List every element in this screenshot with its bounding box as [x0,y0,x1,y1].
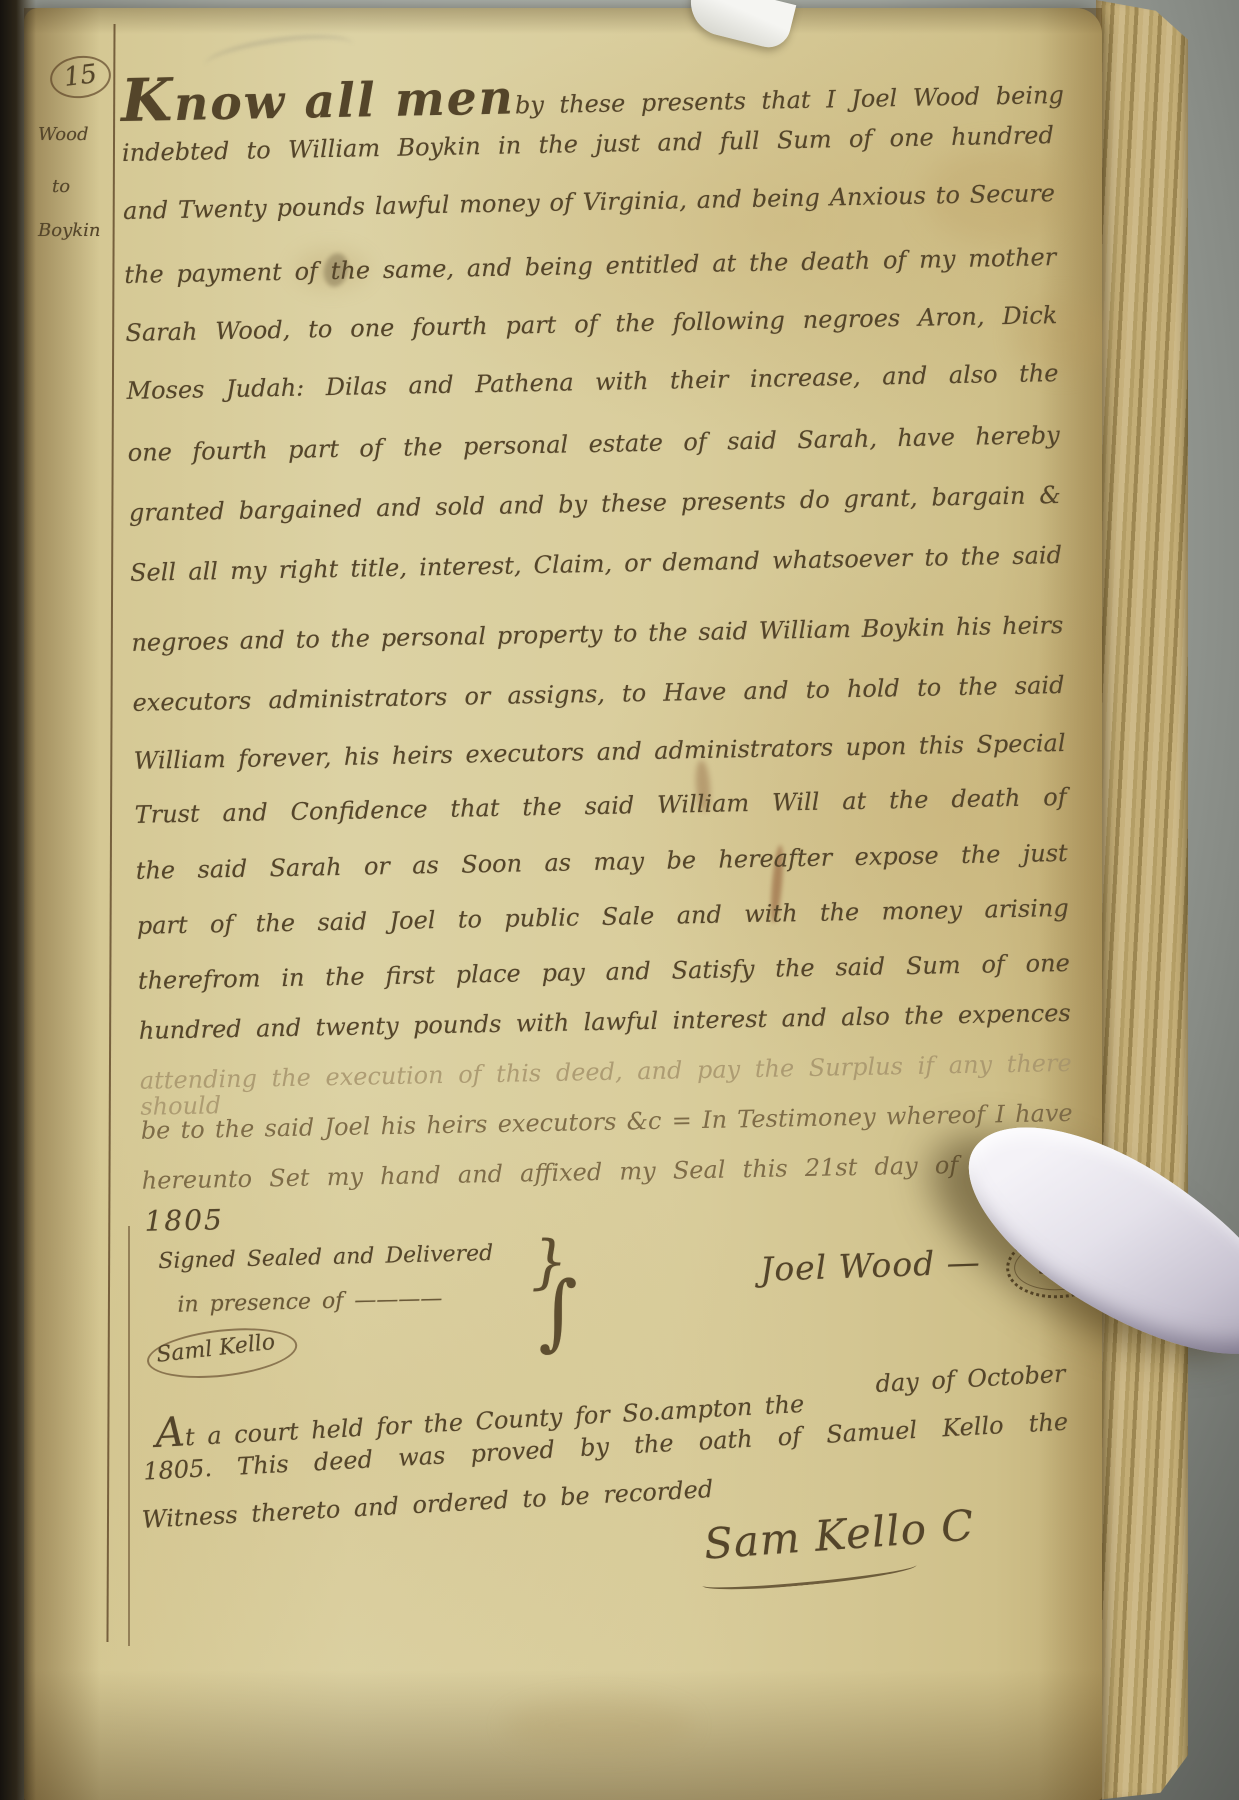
grantor-signature: Joel Wood — [759,1242,981,1289]
deed-line: the said Sarah or as Soon as may be here… [136,840,1068,884]
clerk-signature: Sam Kello C [702,1501,976,1569]
deed-line: granted bargained and sold and by these … [129,482,1061,526]
deed-line-faded: hereunto Set my hand and affixed my Seal… [142,1150,1074,1194]
page-number: 15 [48,52,114,101]
deed-line: therefrom in the first place pay and Sat… [138,950,1070,994]
opening-phrase: Know all men [120,58,515,135]
deed-page: 15 Wood to Boykin Know all men by these … [24,8,1102,1800]
court-record-block: At a court held for the County for So.am… [136,1359,1069,1410]
top-shading [24,8,1102,34]
margin-rule-line-2 [128,1226,130,1646]
deed-line: part of the said Joel to public Sale and… [137,895,1069,939]
deed-line: negroes and to the personal property to … [131,612,1063,656]
margin-note-line: Wood [38,124,88,145]
margin-note-line: to [52,176,70,197]
deed-line: Moses Judah: Dilas and Pathena with thei… [126,360,1058,404]
attestation-line: Signed Sealed and Delivered [158,1241,493,1274]
deed-line: William forever, his heirs executors and… [133,730,1065,774]
deed-line: Trust and Confidence that the said Willi… [134,784,1066,828]
deed-line: and Twenty pounds lawful money of Virgin… [123,180,1055,224]
deed-book-photograph: 15 Wood to Boykin Know all men by these … [0,0,1239,1800]
deed-line: one fourth part of the personal estate o… [128,422,1060,466]
deed-line: Sarah Wood, to one fourth part of the fo… [125,302,1057,346]
margin-rule-line [106,24,115,1642]
deed-line: the payment of the same, and being entit… [124,244,1056,288]
court-line: Witness thereto and ordered to be record… [141,1475,714,1534]
book-gutter-shadow [0,0,36,1800]
book-page-edges [1096,0,1188,1800]
brace-flourish: ∫ [537,1265,580,1360]
attestation-block: Signed Sealed and Delivered in presence … [134,1238,604,1249]
stain [504,1698,694,1753]
bottom-shading [24,1670,1102,1800]
margin-note-line: Boykin [38,220,101,241]
deed-line: executors administrators or assigns, to … [132,672,1064,716]
deed-line: Sell all my right title, interest, Claim… [130,542,1062,586]
deed-line: hundred and twenty pounds with lawful in… [139,1000,1071,1044]
deed-year: 1805 [144,1203,224,1238]
attestation-line: in presence of ———— [177,1286,443,1317]
witness-signature: Saml Kello [144,1321,300,1385]
opening-continuation: by these presents that I Joel Wood being [515,81,1064,120]
